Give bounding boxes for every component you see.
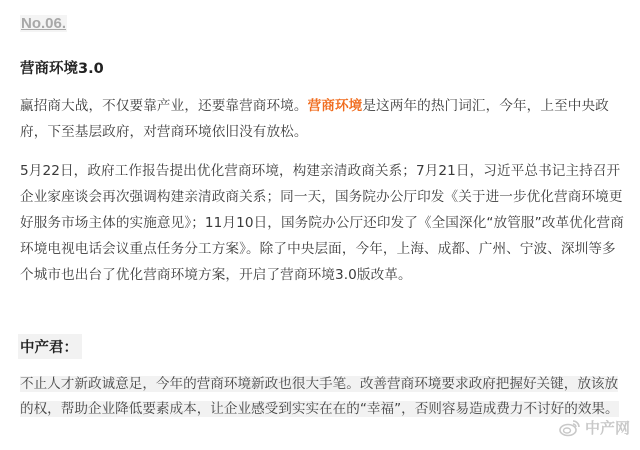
commentary-quote: 不止人才新政诚意足，今年的营商环境新政也很大手笔。改善营商环境要求政府把握好关键…: [20, 372, 626, 422]
commentator-label: 中产君：: [18, 334, 82, 359]
section-title: 营商环境3.0: [20, 57, 104, 78]
section-number: No.06.: [20, 15, 67, 32]
watermark-text: 中产网: [585, 417, 630, 438]
paragraph-timeline: 5月22日，政府工作报告提出优化营商环境，构建亲清政商关系；7月21日，习近平总…: [20, 158, 626, 288]
highlighted-term: 营商环境: [308, 98, 363, 114]
paragraph-intro: 赢招商大战，不仅要靠产业，还要靠营商环境。营商环境是这两年的热门词汇，今年，上至…: [20, 93, 626, 145]
watermark: 中产网: [559, 417, 630, 438]
commentary-text: 不止人才新政诚意足，今年的营商环境新政也很大手笔。改善营商环境要求政府把握好关键…: [20, 376, 619, 417]
paragraph-text: 赢招商大战，不仅要靠产业，还要靠营商环境。: [20, 98, 308, 114]
weibo-icon: [559, 419, 581, 437]
